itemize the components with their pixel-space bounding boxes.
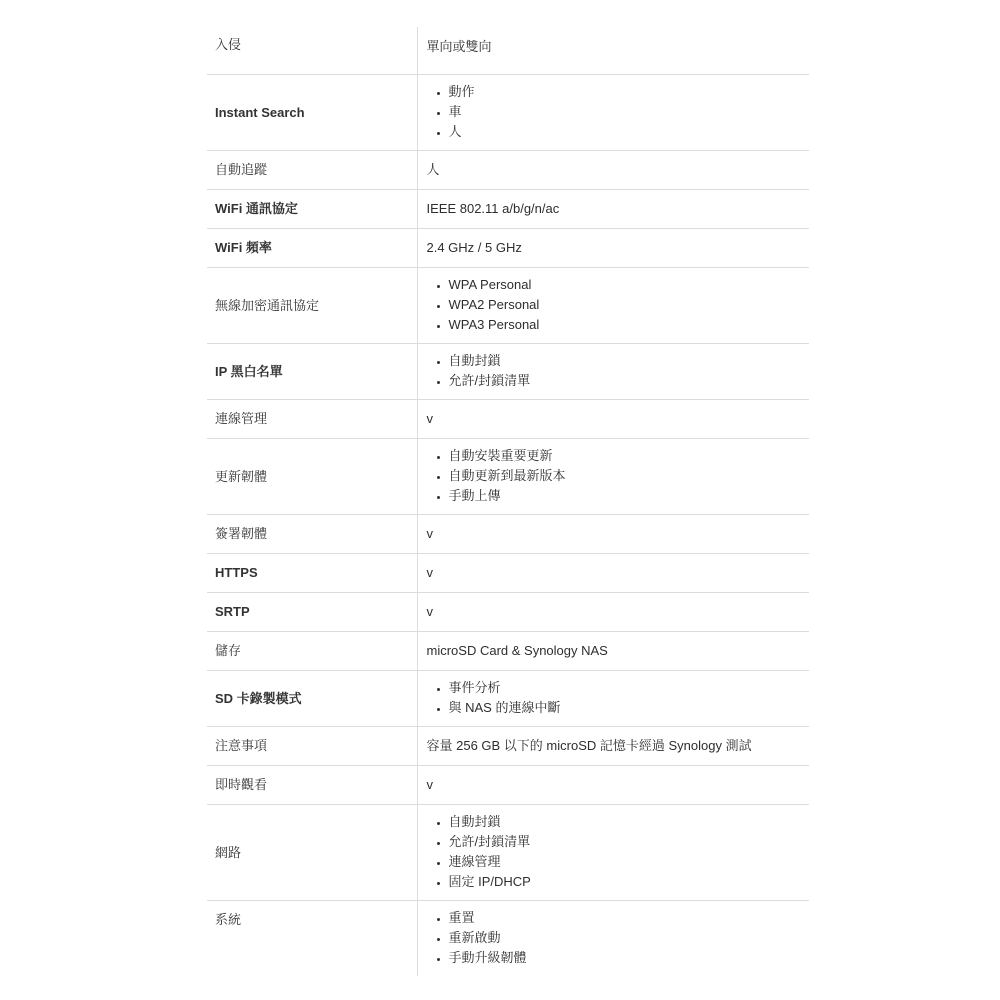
row-label: 簽署韌體 [207,515,417,554]
row-value: v [417,400,809,439]
table-row-wireless-encryption: 無線加密通訊協定 WPA Personal WPA2 Personal WPA3… [207,268,809,344]
table-row-intrusion: 入侵 單向或雙向 [207,27,809,75]
list-item: 人 [449,122,802,142]
table-row-connection-management: 連線管理 v [207,400,809,439]
row-value-list: 自動安裝重要更新 自動更新到最新版本 手動上傳 [417,439,809,515]
row-label: WiFi 通訊協定 [207,190,417,229]
table-row-signed-firmware: 簽署韌體 v [207,515,809,554]
row-label: 網路 [207,805,417,901]
row-label: SRTP [207,593,417,632]
table-row-storage: 儲存 microSD Card & Synology NAS [207,632,809,671]
row-value: 單向或雙向 [417,27,809,75]
row-value: v [417,766,809,805]
list-item: 重新啟動 [449,928,802,948]
row-value: v [417,593,809,632]
row-value-list: 重置 重新啟動 手動升級韌體 [417,901,809,977]
list-item: WPA3 Personal [449,315,802,335]
list-item: 連線管理 [449,852,802,872]
table-row-live-view: 即時觀看 v [207,766,809,805]
list-item: 動作 [449,82,802,102]
list-item: WPA Personal [449,275,802,295]
row-label: 即時觀看 [207,766,417,805]
list-item: 自動安裝重要更新 [449,446,802,466]
table-row-network: 網路 自動封鎖 允許/封鎖清單 連線管理 固定 IP/DHCP [207,805,809,901]
row-value-list: 動作 車 人 [417,75,809,151]
list-item: 自動更新到最新版本 [449,466,802,486]
row-label: Instant Search [207,75,417,151]
row-value-list: WPA Personal WPA2 Personal WPA3 Personal [417,268,809,344]
row-value: 容量 256 GB 以下的 microSD 記憶卡經過 Synology 測試 [417,727,809,766]
list-item: 車 [449,102,802,122]
list-item: 自動封鎖 [449,812,802,832]
row-label: WiFi 頻率 [207,229,417,268]
row-value-list: 自動封鎖 允許/封鎖清單 連線管理 固定 IP/DHCP [417,805,809,901]
row-value-list: 自動封鎖 允許/封鎖清單 [417,344,809,400]
list-item: 與 NAS 的連線中斷 [449,698,802,718]
table-row-auto-tracking: 自動追蹤 人 [207,151,809,190]
row-label: 儲存 [207,632,417,671]
list-item: 允許/封鎖清單 [449,371,802,391]
list-item: WPA2 Personal [449,295,802,315]
row-label: 系統 [207,901,417,977]
row-label: 無線加密通訊協定 [207,268,417,344]
list-item: 允許/封鎖清單 [449,832,802,852]
list-item: 手動上傳 [449,486,802,506]
list-item: 固定 IP/DHCP [449,872,802,892]
row-value: 人 [417,151,809,190]
table-row-srtp: SRTP v [207,593,809,632]
table-row-wifi-frequency: WiFi 頻率 2.4 GHz / 5 GHz [207,229,809,268]
table-row-wifi-protocol: WiFi 通訊協定 IEEE 802.11 a/b/g/n/ac [207,190,809,229]
table-row-system: 系統 重置 重新啟動 手動升級韌體 [207,901,809,977]
table-row-ip-list: IP 黑白名單 自動封鎖 允許/封鎖清單 [207,344,809,400]
row-value: v [417,515,809,554]
table-row-instant-search: Instant Search 動作 車 人 [207,75,809,151]
row-value: IEEE 802.11 a/b/g/n/ac [417,190,809,229]
row-label: HTTPS [207,554,417,593]
spec-table: 入侵 單向或雙向 Instant Search 動作 車 人 自動追蹤 人 Wi… [207,27,809,976]
row-label: SD 卡錄製模式 [207,671,417,727]
list-item: 重置 [449,908,802,928]
list-item: 自動封鎖 [449,351,802,371]
row-label: 連線管理 [207,400,417,439]
row-label: 入侵 [207,27,417,75]
row-value: v [417,554,809,593]
table-row-sd-recording-mode: SD 卡錄製模式 事件分析 與 NAS 的連線中斷 [207,671,809,727]
table-row-https: HTTPS v [207,554,809,593]
table-row-notes: 注意事項 容量 256 GB 以下的 microSD 記憶卡經過 Synolog… [207,727,809,766]
row-value: 2.4 GHz / 5 GHz [417,229,809,268]
list-item: 事件分析 [449,678,802,698]
row-label: IP 黑白名單 [207,344,417,400]
table-row-firmware-update: 更新韌體 自動安裝重要更新 自動更新到最新版本 手動上傳 [207,439,809,515]
row-label: 自動追蹤 [207,151,417,190]
list-item: 手動升級韌體 [449,948,802,968]
row-label: 更新韌體 [207,439,417,515]
row-value: microSD Card & Synology NAS [417,632,809,671]
row-value-list: 事件分析 與 NAS 的連線中斷 [417,671,809,727]
row-label: 注意事項 [207,727,417,766]
